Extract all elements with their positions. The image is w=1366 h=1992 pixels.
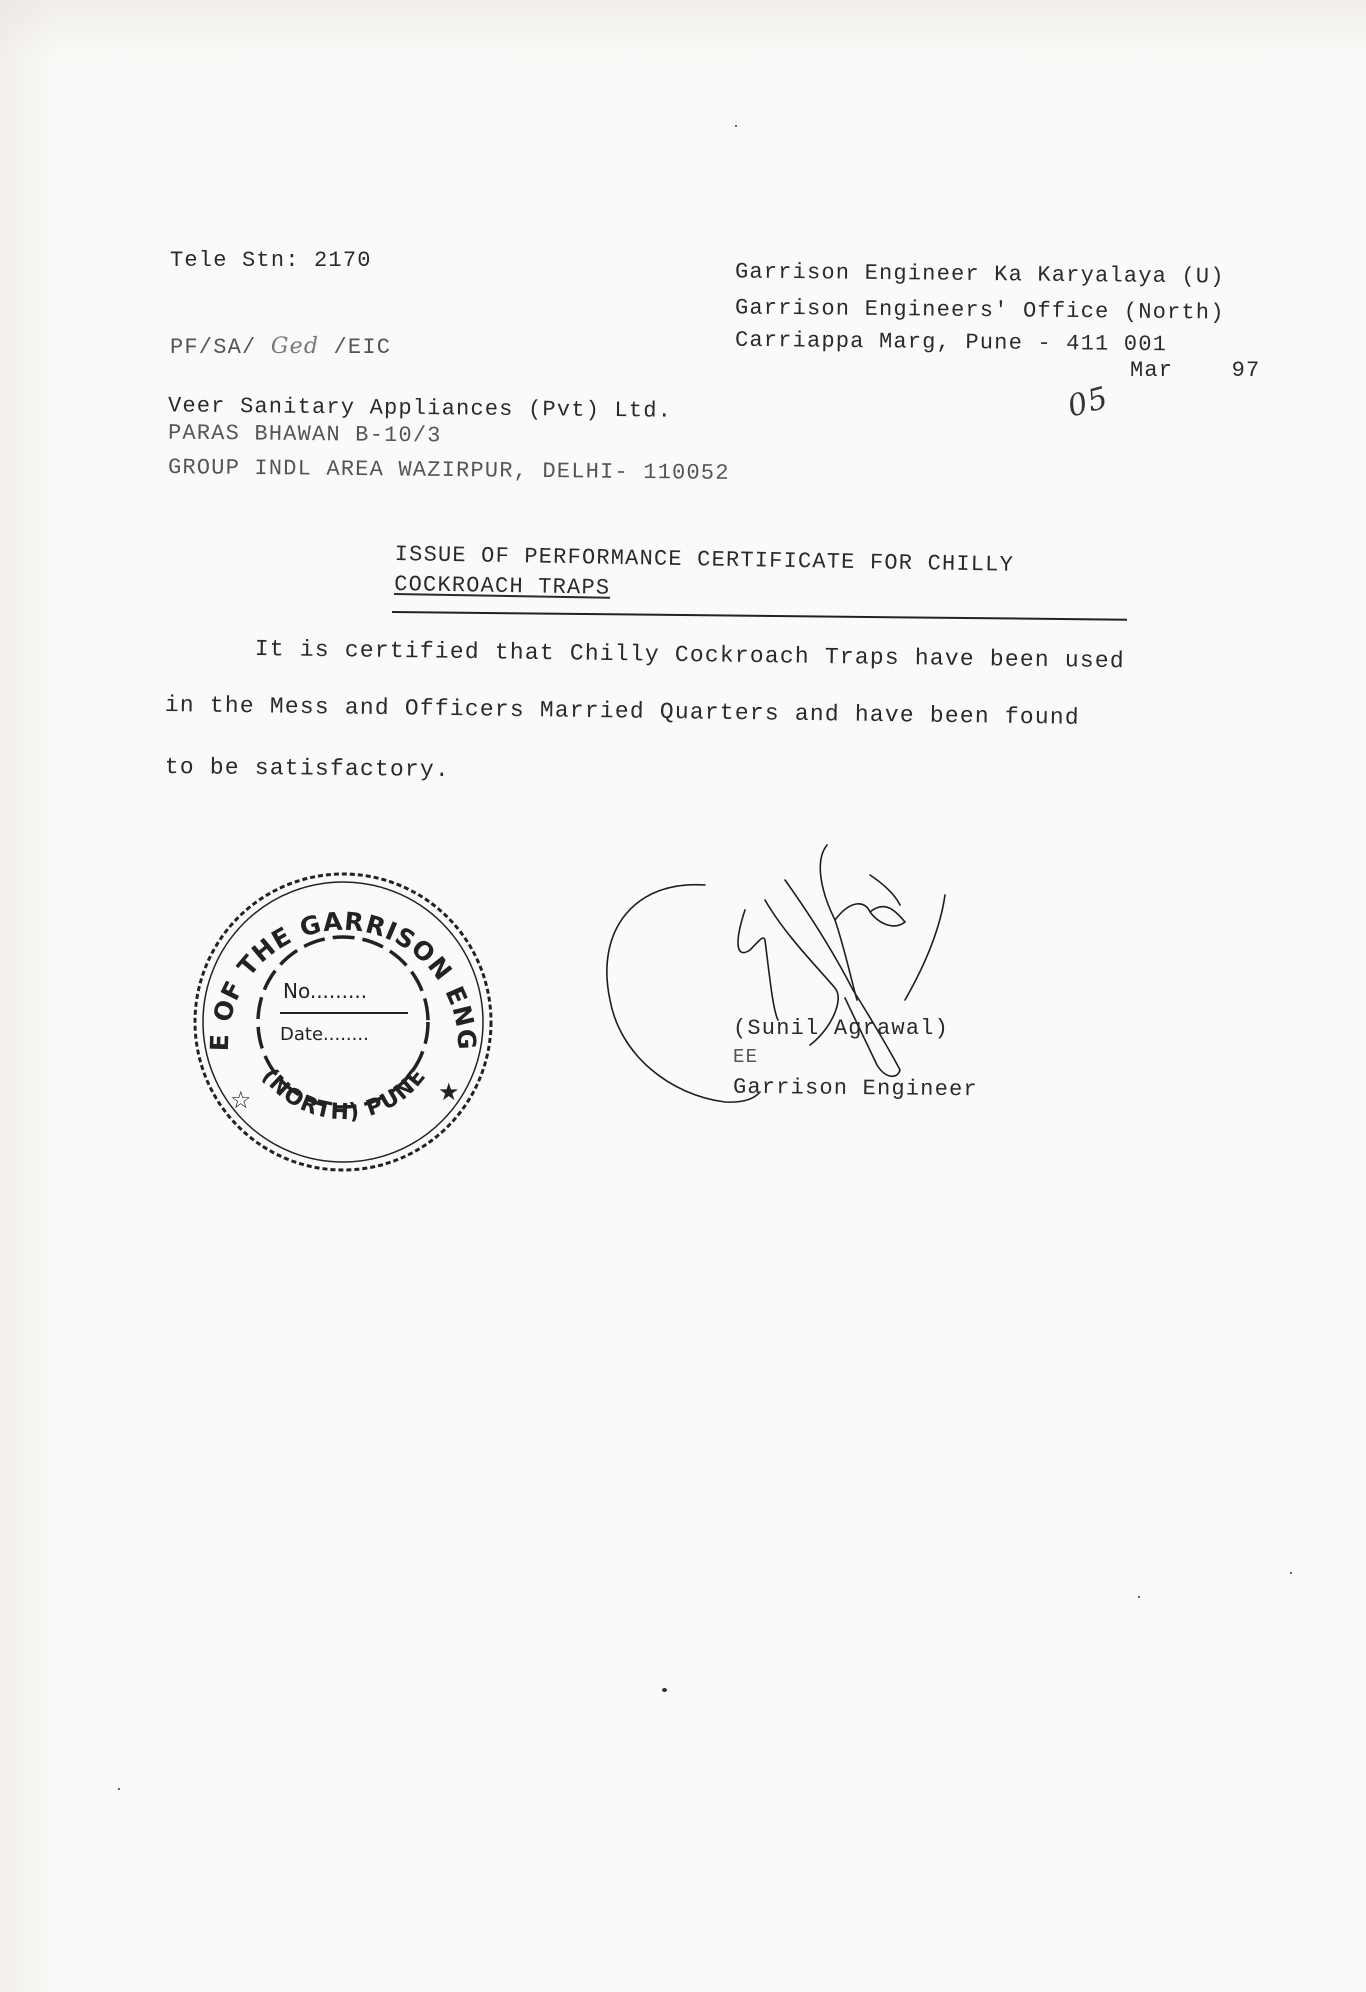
letter-date: Mar 97 bbox=[1130, 358, 1260, 383]
paper-speck bbox=[735, 125, 737, 127]
recipient-line-1: Veer Sanitary Appliances (Pvt) Ltd. bbox=[168, 393, 672, 423]
reference-prefix: PF/SA/ bbox=[170, 335, 256, 360]
star-right-icon: ★ bbox=[438, 1078, 460, 1106]
reference-number: PF/SA/ Ged /EIC bbox=[170, 334, 391, 360]
signatory-name: (Sunil Agrawal) bbox=[733, 1016, 949, 1041]
paper-speck bbox=[662, 1688, 667, 1692]
paper-speck bbox=[1290, 1572, 1292, 1574]
date-month: Mar bbox=[1130, 358, 1173, 383]
star-left-icon: ☆ bbox=[230, 1086, 252, 1114]
reference-handwritten: Ged bbox=[271, 334, 319, 359]
signatory-title: Garrison Engineer bbox=[733, 1075, 978, 1103]
svg-text:(NORTH) PUNE: (NORTH) PUNE bbox=[257, 1064, 432, 1126]
stamp-ring-bottom: (NORTH) PUNE bbox=[257, 1064, 432, 1126]
recipient-line-2: PARAS BHAWAN B-10/3 bbox=[168, 421, 442, 449]
signatory-rank: EE bbox=[733, 1046, 758, 1068]
reference-suffix: /EIC bbox=[334, 335, 392, 360]
office-line-1: Garrison Engineer Ka Karyalaya (U) bbox=[735, 259, 1225, 289]
stamp-field-date: Date........ bbox=[280, 1024, 369, 1045]
body-line-3: to be satisfactory. bbox=[165, 754, 450, 783]
paper-speck bbox=[1138, 1596, 1140, 1598]
subject-heading: ISSUE OF PERFORMANCE CERTIFICATE FOR CHI… bbox=[394, 540, 1014, 611]
telephone-station: Tele Stn: 2170 bbox=[170, 248, 372, 273]
paper-speck bbox=[118, 1788, 120, 1790]
date-year: 97 bbox=[1232, 358, 1261, 383]
official-stamp: OFFICE OF THE GARRISON ENGINEER (NORTH) … bbox=[180, 870, 505, 1175]
stamp-field-no: No......... bbox=[283, 979, 367, 1003]
office-line-3: Carriappa Marg, Pune - 411 001 bbox=[735, 328, 1167, 358]
office-line-2: Garrison Engineers' Office (North) bbox=[735, 295, 1225, 325]
